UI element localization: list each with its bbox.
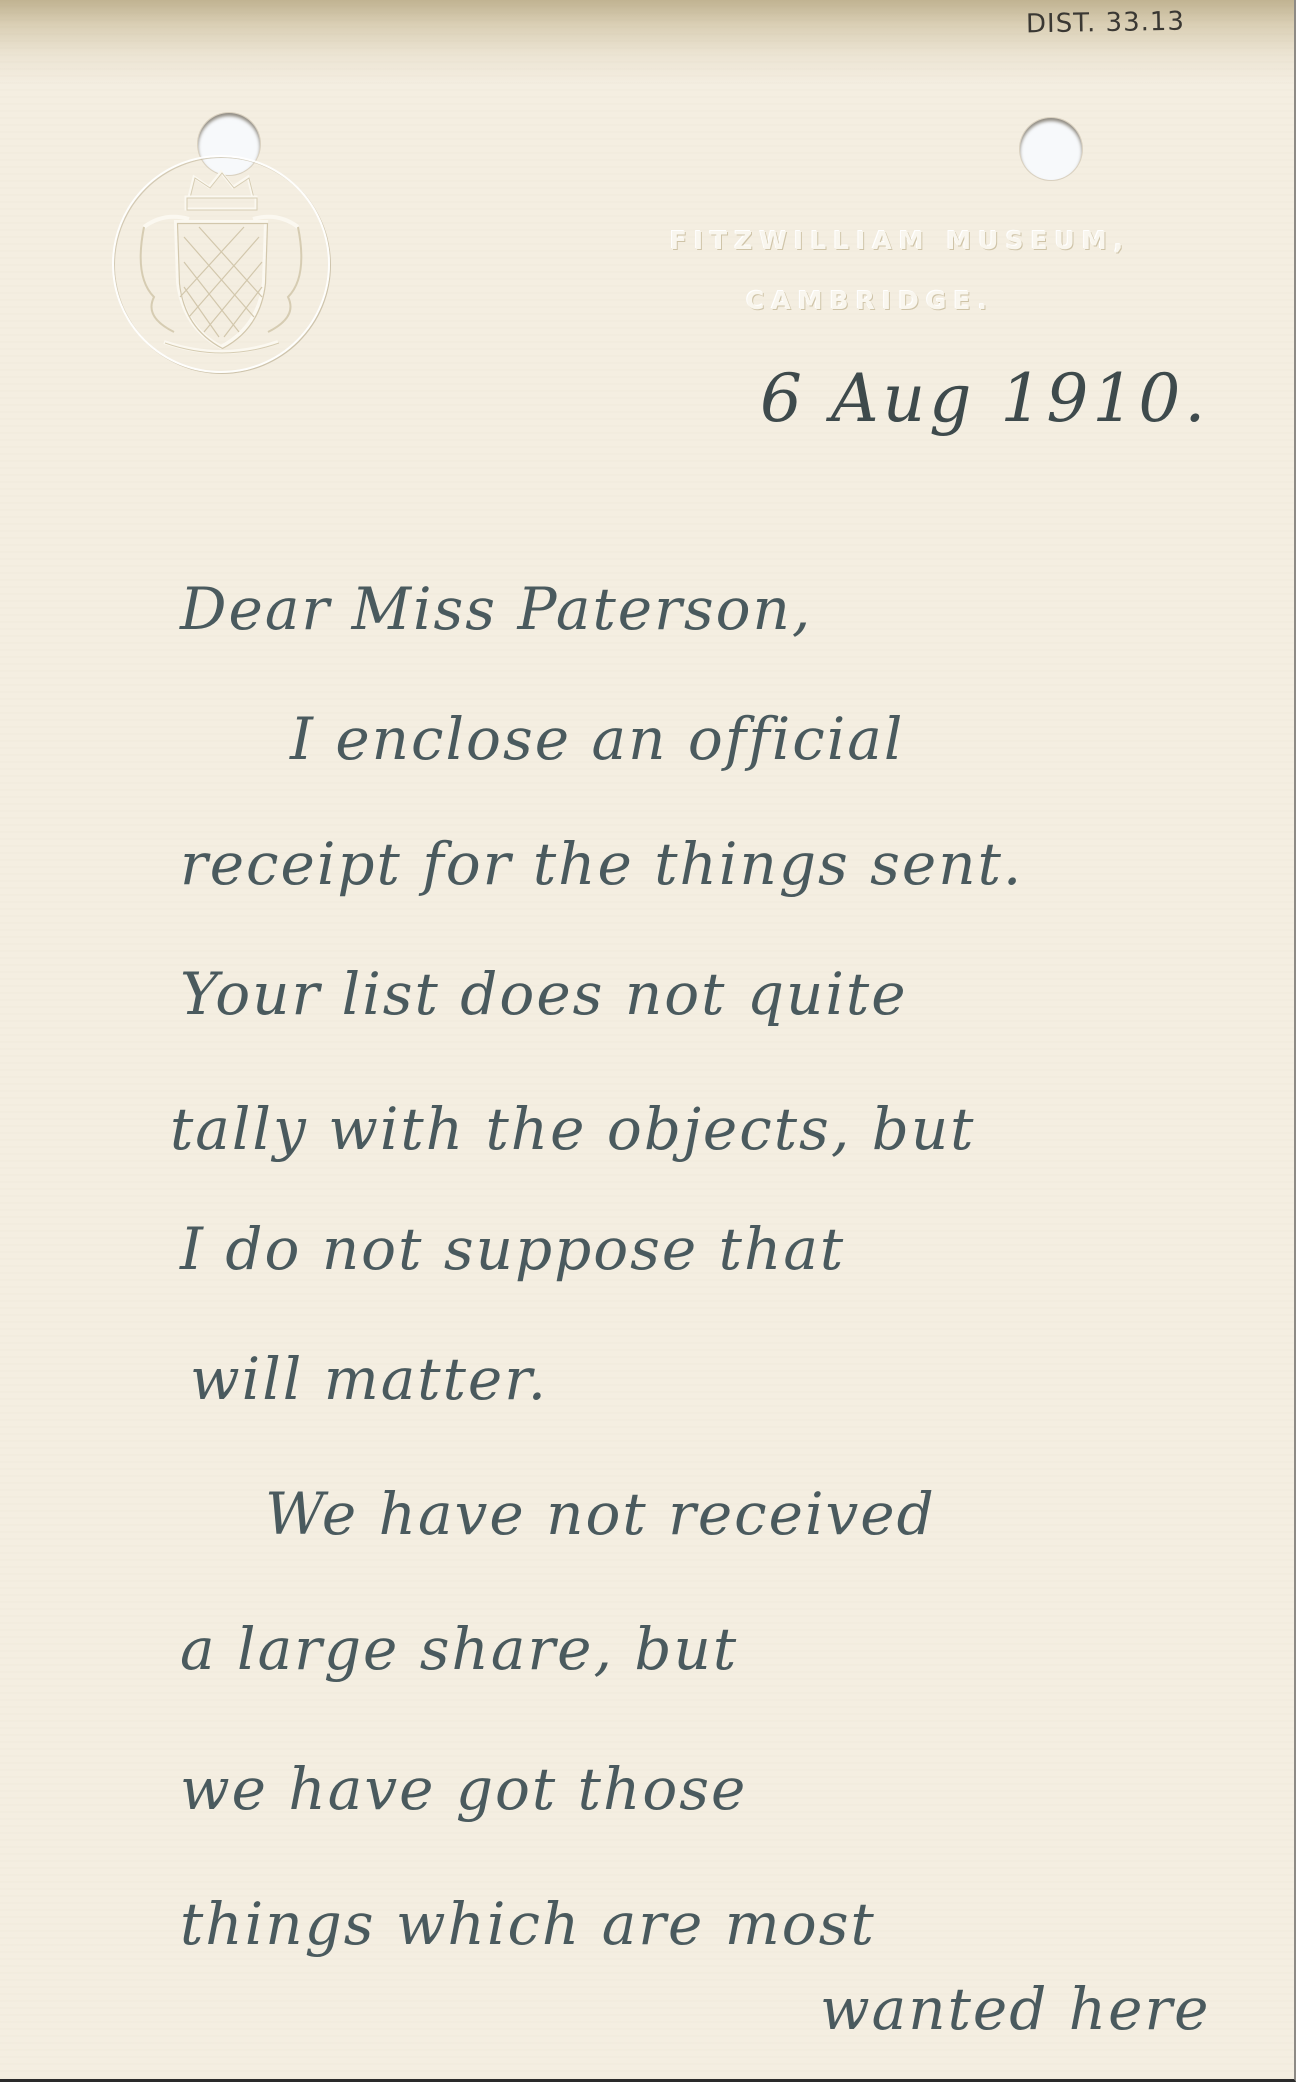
body-line: tally with the objects, but (170, 1095, 975, 1163)
body-line: I do not suppose that (180, 1215, 845, 1283)
body-line: We have not received (265, 1480, 936, 1548)
letterhead-museum-name: FITZWILLIAM MUSEUM, (640, 226, 1160, 255)
body-line: things which are most (180, 1890, 876, 1958)
punch-hole-right (1020, 118, 1082, 180)
archive-reference: DIST. 33.13 (1026, 7, 1185, 40)
body-line: wanted here (820, 1975, 1211, 2043)
salutation: Dear Miss Paterson, (180, 575, 812, 643)
letterhead-city: CAMBRIDGE. (700, 286, 1040, 315)
body-line: Your list does not quite (180, 960, 908, 1028)
embossed-crest-icon (112, 155, 330, 373)
body-line: a large share, but (180, 1615, 738, 1683)
letter-date: 6 Aug 1910. (760, 360, 1209, 437)
body-line: we have got those (180, 1755, 747, 1823)
body-line: will matter. (190, 1345, 548, 1413)
body-line: I enclose an official (290, 705, 904, 773)
letter-page: DIST. 33.13 FITZWILLIAM MUSEUM, CAMBRIDG… (0, 0, 1296, 2082)
body-line: receipt for the things sent. (180, 830, 1023, 898)
